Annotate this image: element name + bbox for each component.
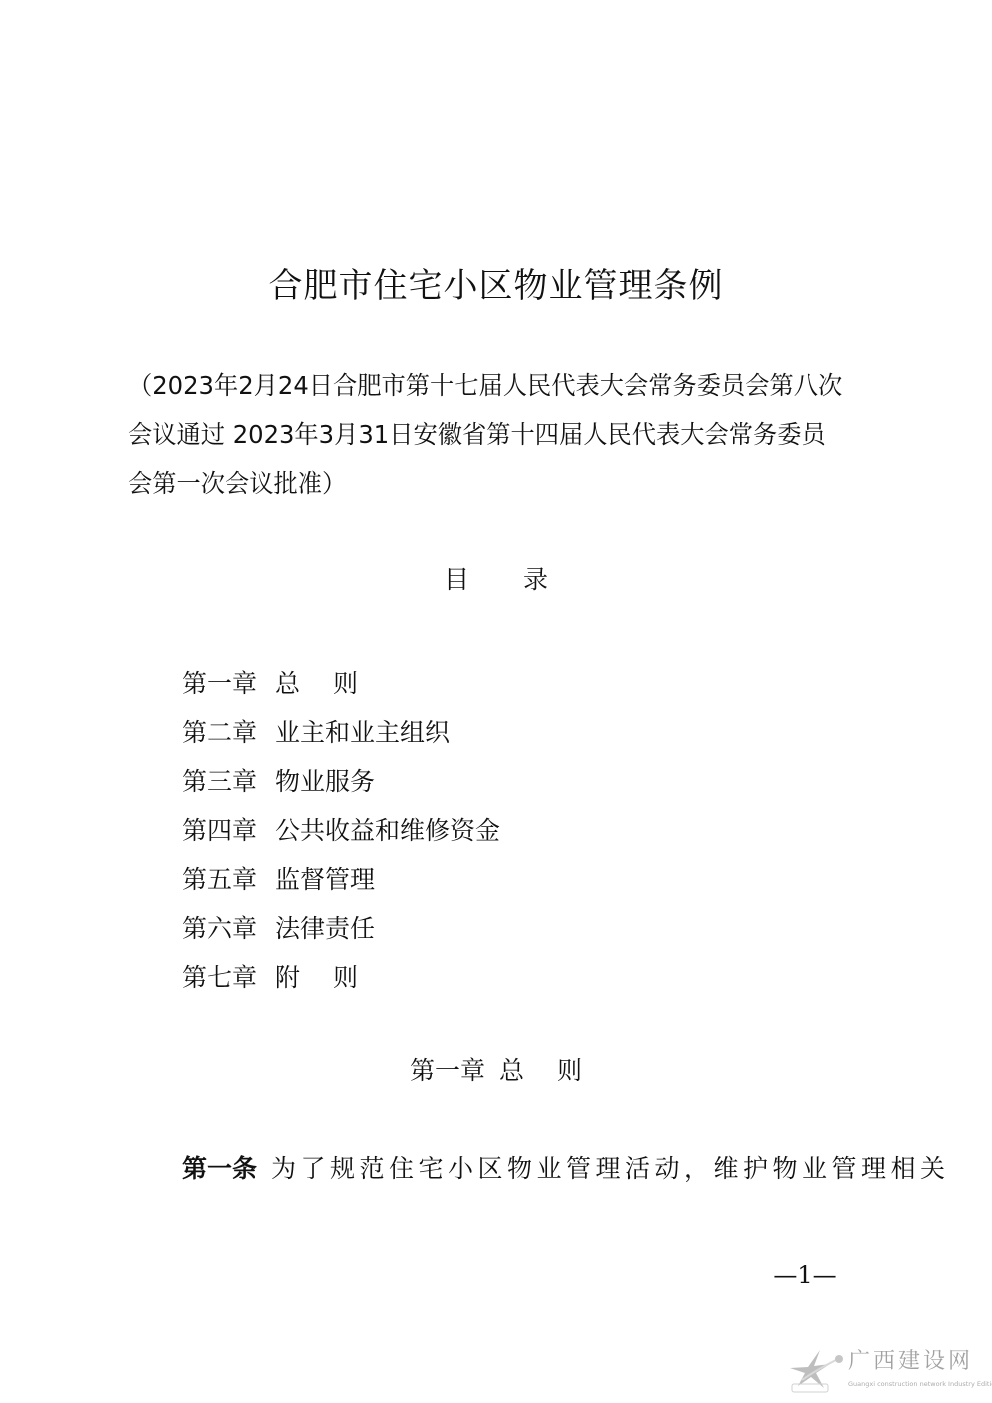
table-of-contents: 第一章总 则 第二章业主和业主组织 第三章物业服务 第四章公共收益和维修资金 第… bbox=[182, 659, 782, 1002]
chapter-number: 第一章 bbox=[410, 1056, 485, 1085]
toc-item-number: 第四章 bbox=[182, 806, 275, 855]
watermark-title: 广西建设网 bbox=[848, 1348, 973, 1376]
toc-item-number: 第六章 bbox=[182, 904, 275, 953]
toc-item-number: 第二章 bbox=[182, 708, 275, 757]
toc-item[interactable]: 第三章物业服务 bbox=[182, 757, 782, 806]
toc-item[interactable]: 第七章附 则 bbox=[182, 953, 782, 1002]
toc-item[interactable]: 第二章业主和业主组织 bbox=[182, 708, 782, 757]
document-subtitle: （2023年2月24日合肥市第十七届人民代表大会常务委员会第八次 会议通过 20… bbox=[128, 361, 875, 508]
subtitle-line: 会议通过 2023年3月31日安徽省第十四届人民代表大会常务委员 bbox=[128, 410, 875, 459]
watermark: 广西建设网 Guangxi construction network Indus… bbox=[784, 1346, 989, 1396]
toc-item[interactable]: 第一章总 则 bbox=[182, 659, 782, 708]
toc-item-title: 总 则 bbox=[275, 669, 358, 698]
article-label: 第一条 bbox=[182, 1154, 257, 1183]
toc-item-title: 附 则 bbox=[275, 963, 358, 992]
toc-heading: 目录 bbox=[0, 560, 992, 600]
toc-heading-right: 录 bbox=[523, 560, 548, 600]
article-paragraph: 第一条为了规范住宅小区物业管理活动，维护物业管理相关 bbox=[182, 1149, 902, 1189]
toc-item-title: 法律责任 bbox=[275, 914, 375, 943]
toc-item-number: 第一章 bbox=[182, 659, 275, 708]
toc-item-title: 业主和业主组织 bbox=[275, 718, 450, 747]
article-text: 为了规范住宅小区物业管理活动，维护物业管理相关 bbox=[271, 1154, 950, 1183]
toc-item-title: 公共收益和维修资金 bbox=[275, 816, 500, 845]
toc-item-title: 监督管理 bbox=[275, 865, 375, 894]
document-title: 合肥市住宅小区物业管理条例 bbox=[0, 258, 992, 314]
toc-item-title: 物业服务 bbox=[275, 767, 375, 796]
toc-item-number: 第七章 bbox=[182, 953, 275, 1002]
subtitle-line: （2023年2月24日合肥市第十七届人民代表大会常务委员会第八次 bbox=[128, 361, 875, 410]
chapter-heading: 第一章总 则 bbox=[0, 1051, 992, 1091]
toc-item[interactable]: 第五章监督管理 bbox=[182, 855, 782, 904]
toc-item[interactable]: 第六章法律责任 bbox=[182, 904, 782, 953]
toc-item-number: 第三章 bbox=[182, 757, 275, 806]
page-number: —1— bbox=[770, 1257, 840, 1293]
document-page: 合肥市住宅小区物业管理条例 （2023年2月24日合肥市第十七届人民代表大会常务… bbox=[0, 0, 992, 1403]
watermark-subtitle: Guangxi construction network Industry Ed… bbox=[848, 1379, 992, 1389]
star-logo-icon bbox=[784, 1346, 846, 1394]
toc-item[interactable]: 第四章公共收益和维修资金 bbox=[182, 806, 782, 855]
subtitle-line: 会第一次会议批准） bbox=[128, 459, 875, 508]
chapter-title: 总 则 bbox=[499, 1056, 582, 1085]
toc-heading-left: 目 bbox=[444, 560, 469, 600]
toc-item-number: 第五章 bbox=[182, 855, 275, 904]
